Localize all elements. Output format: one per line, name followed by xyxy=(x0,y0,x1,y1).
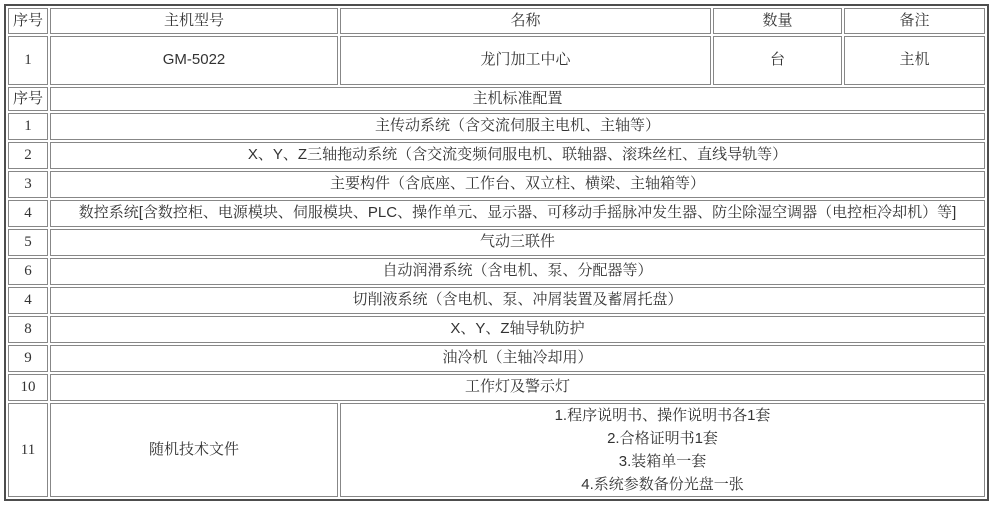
host-row-name: 龙门加工中心 xyxy=(340,36,711,85)
config-row: 4 数控系统[含数控柜、电源模块、伺服模块、PLC、操作单元、显示器、可移动手摇… xyxy=(8,200,985,227)
doc-item: 4.系统参数备份光盘一张 xyxy=(343,473,982,496)
config-row-text: 气动三联件 xyxy=(50,229,985,256)
config-row-number: 4 xyxy=(8,287,48,314)
doc-item: 1.程序说明书、操作说明书各1套 xyxy=(343,404,982,427)
config-row-number: 1 xyxy=(8,113,48,140)
config-row-text: 工作灯及警示灯 xyxy=(50,374,985,401)
config-row-text: 主传动系统（含交流伺服主电机、主轴等） xyxy=(50,113,985,140)
doc-item: 3.装箱单一套 xyxy=(343,450,982,473)
config-row: 1 主传动系统（含交流伺服主电机、主轴等） xyxy=(8,113,985,140)
config-row-number: 2 xyxy=(8,142,48,169)
page: 序号 主机型号 名称 数量 备注 1 GM-5022 龙门加工中心 台 主机 序… xyxy=(0,0,997,532)
config-row-text: 油冷机（主轴冷却用） xyxy=(50,345,985,372)
subheader-row: 序号 主机标准配置 xyxy=(8,87,985,111)
subheader-title: 主机标准配置 xyxy=(50,87,985,111)
host-row: 1 GM-5022 龙门加工中心 台 主机 xyxy=(8,36,985,85)
config-row-number: 4 xyxy=(8,200,48,227)
config-row: 3 主要构件（含底座、工作台、双立柱、横梁、主轴箱等） xyxy=(8,171,985,198)
spec-table: 序号 主机型号 名称 数量 备注 1 GM-5022 龙门加工中心 台 主机 序… xyxy=(4,4,989,501)
header-cell-model: 主机型号 xyxy=(50,8,338,34)
config-row: 8 X、Y、Z轴导轨防护 xyxy=(8,316,985,343)
config-row: 4 切削液系统（含电机、泵、冲屑装置及蓄屑托盘） xyxy=(8,287,985,314)
config-row: 2 X、Y、Z三轴拖动系统（含交流变频伺服电机、联轴器、滚珠丝杠、直线导轨等） xyxy=(8,142,985,169)
subheader-no: 序号 xyxy=(8,87,48,111)
docs-row-items: 1.程序说明书、操作说明书各1套 2.合格证明书1套 3.装箱单一套 4.系统参… xyxy=(340,403,985,497)
config-row-number: 10 xyxy=(8,374,48,401)
header-row: 序号 主机型号 名称 数量 备注 xyxy=(8,8,985,34)
header-cell-name: 名称 xyxy=(340,8,711,34)
config-row-text: 主要构件（含底座、工作台、双立柱、横梁、主轴箱等） xyxy=(50,171,985,198)
config-row: 5 气动三联件 xyxy=(8,229,985,256)
docs-row: 11 随机技术文件 1.程序说明书、操作说明书各1套 2.合格证明书1套 3.装… xyxy=(8,403,985,497)
config-row: 10 工作灯及警示灯 xyxy=(8,374,985,401)
header-cell-remark: 备注 xyxy=(844,8,985,34)
header-cell-qty: 数量 xyxy=(713,8,842,34)
config-row: 6 自动润滑系统（含电机、泵、分配器等） xyxy=(8,258,985,285)
config-row-text: 数控系统[含数控柜、电源模块、伺服模块、PLC、操作单元、显示器、可移动手摇脉冲… xyxy=(50,200,985,227)
config-row-text: 切削液系统（含电机、泵、冲屑装置及蓄屑托盘） xyxy=(50,287,985,314)
config-row: 9 油冷机（主轴冷却用） xyxy=(8,345,985,372)
config-row-number: 3 xyxy=(8,171,48,198)
host-row-no: 1 xyxy=(8,36,48,85)
config-row-number: 6 xyxy=(8,258,48,285)
docs-row-no: 11 xyxy=(8,403,48,497)
docs-row-title: 随机技术文件 xyxy=(50,403,338,497)
config-row-text: X、Y、Z三轴拖动系统（含交流变频伺服电机、联轴器、滚珠丝杠、直线导轨等） xyxy=(50,142,985,169)
config-row-text: 自动润滑系统（含电机、泵、分配器等） xyxy=(50,258,985,285)
doc-item: 2.合格证明书1套 xyxy=(343,427,982,450)
config-row-number: 8 xyxy=(8,316,48,343)
host-row-remark: 主机 xyxy=(844,36,985,85)
header-cell-no: 序号 xyxy=(8,8,48,34)
config-row-text: X、Y、Z轴导轨防护 xyxy=(50,316,985,343)
host-row-qty: 台 xyxy=(713,36,842,85)
config-row-number: 5 xyxy=(8,229,48,256)
host-row-model: GM-5022 xyxy=(50,36,338,85)
config-row-number: 9 xyxy=(8,345,48,372)
